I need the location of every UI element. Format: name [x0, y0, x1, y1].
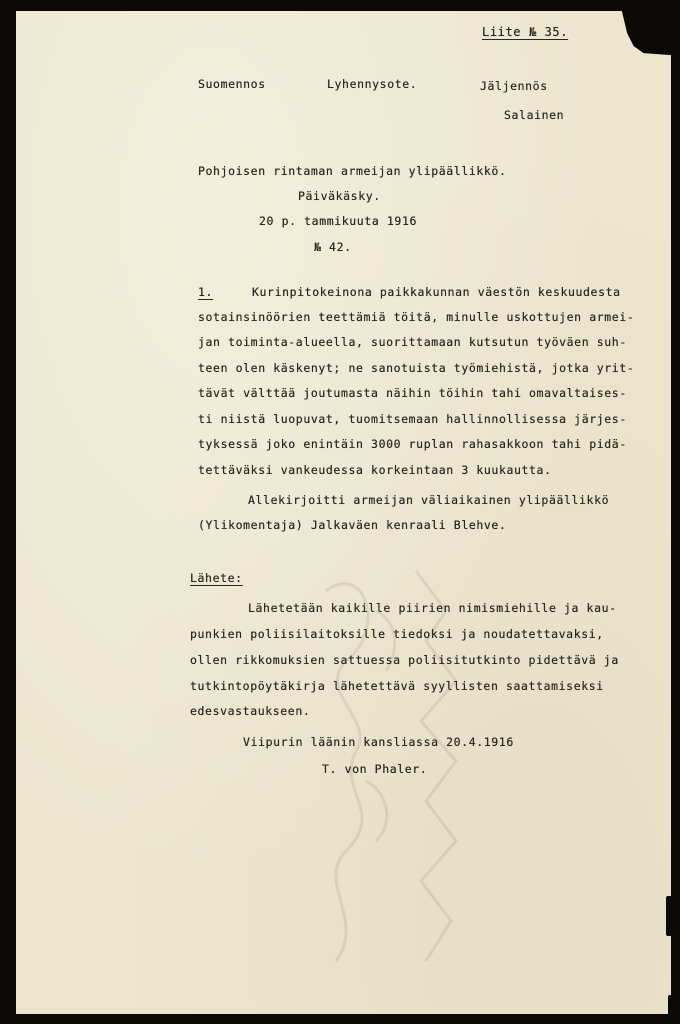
- page-edge-tear: [666, 896, 672, 936]
- order-number: № 42.: [314, 240, 352, 254]
- dispatch-line: punkien poliisilaitoksille tiedoksi ja n…: [190, 627, 604, 641]
- classification-label: Salainen: [504, 108, 564, 122]
- dispatch-line: ollen rikkomuksien sattuessa poliisitutk…: [190, 653, 619, 667]
- section-line: tettäväksi vankeudessa korkeintaan 3 kuu…: [198, 463, 552, 477]
- document-page: Liite № 35. Suomennos Lyhennysote. Jälje…: [16, 11, 671, 1014]
- signatory: T. von Phaler.: [322, 762, 427, 776]
- dispatch-line: tutkintopöytäkirja lähetettävä syylliste…: [190, 679, 604, 693]
- order-date: 20 p. tammikuuta 1916: [259, 214, 417, 228]
- dispatch-line: Lähetetään kaikille piirien nimismiehill…: [248, 601, 617, 615]
- section-number: 1.: [198, 285, 213, 299]
- section-line: teen olen käskenyt; ne sanotuista työmie…: [198, 361, 634, 375]
- attachment-label: Liite № 35.: [482, 25, 568, 39]
- section-line: ti niistä luopuvat, tuomitsemaan hallinn…: [198, 412, 627, 426]
- section-line: jan toiminta-alueella, suorittamaan kuts…: [198, 335, 627, 349]
- section-line: sotainsinöörien teettämiä töitä, minulle…: [198, 310, 634, 324]
- section-line: Kurinpitokeinona paikkakunnan väestön ke…: [252, 285, 621, 299]
- page-edge-tear: [668, 995, 672, 1015]
- signature-note-line: (Ylikomentaja) Jalkaväen kenraali Blehve…: [198, 518, 506, 532]
- dispatch-line: edesvastaukseen.: [190, 704, 310, 718]
- issuer-title: Pohjoisen rintaman armeijan ylipäällikkö…: [198, 164, 506, 178]
- section-line: tyksessä joko enintäin 3000 ruplan rahas…: [198, 437, 627, 451]
- dispatch-heading: Lähete:: [190, 571, 243, 585]
- signature-note-line: Allekirjoitti armeijan väliaikainen ylip…: [248, 493, 609, 507]
- translation-label: Suomennos: [198, 77, 266, 91]
- order-type: Päiväkäsky.: [298, 189, 381, 203]
- section-line: tävät välttää joutumasta näihin töihin t…: [198, 386, 627, 400]
- place-and-date: Viipurin läänin kansliassa 20.4.1916: [243, 735, 514, 749]
- excerpt-label: Lyhennysote.: [327, 77, 417, 91]
- copy-label: Jäljennös: [480, 79, 548, 93]
